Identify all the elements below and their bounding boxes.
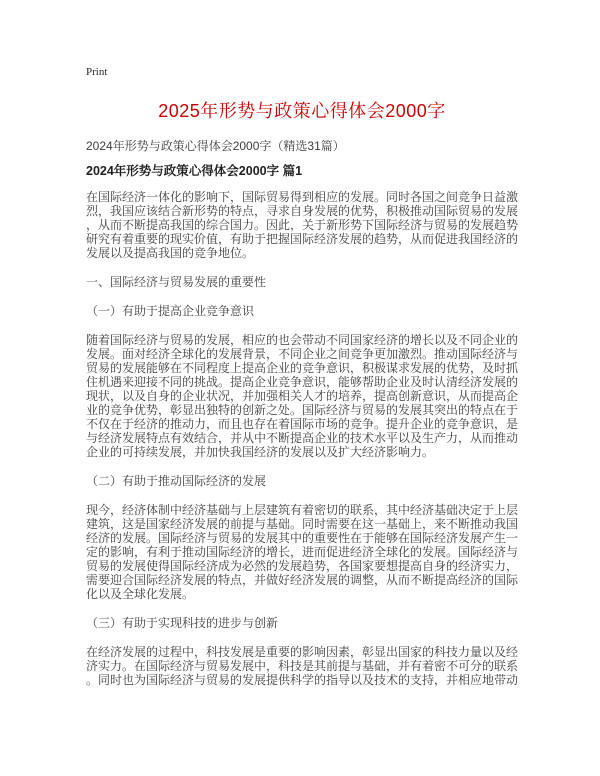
- paragraph-competition-awareness: 随着国际经济与贸易的发展，相应的也会带动不同国家经济的增长以及不同企业的发展。面…: [86, 333, 518, 459]
- paragraph-intro: 在国际经济一体化的影响下，国际贸易得到相应的发展。同时各国之间竞争日益激烈，我国…: [86, 190, 518, 260]
- page-title: 2025年形势与政策心得体会2000字: [86, 99, 518, 123]
- paragraph-international-economy: 现今，经济体制中经济基础与上层建筑有着密切的联系，其中经济基础决定于上层建筑，这…: [86, 503, 518, 601]
- subsection-heading-1-2: （二）有助于推动国际经济的发展: [86, 474, 518, 488]
- paragraph-technology-progress: 在经济发展的过程中，科技发展是重要的影响因素，彰显出国家的科技力量以及经济实力。…: [86, 645, 518, 687]
- subsection-heading-1-3: （三）有助于实现科技的进步与创新: [86, 616, 518, 630]
- article-subtitle: 2024年形势与政策心得体会2000字（精选31篇）: [86, 139, 518, 154]
- chapter-heading: 2024年形势与政策心得体会2000字 篇1: [86, 163, 518, 179]
- print-link[interactable]: Print: [86, 66, 107, 79]
- subsection-heading-1-1: （一）有助于提高企业竞争意识: [86, 304, 518, 318]
- document-page: Print 2025年形势与政策心得体会2000字 2024年形势与政策心得体会…: [0, 0, 600, 776]
- section-heading-1: 一、国际经济与贸易发展的重要性: [86, 275, 518, 289]
